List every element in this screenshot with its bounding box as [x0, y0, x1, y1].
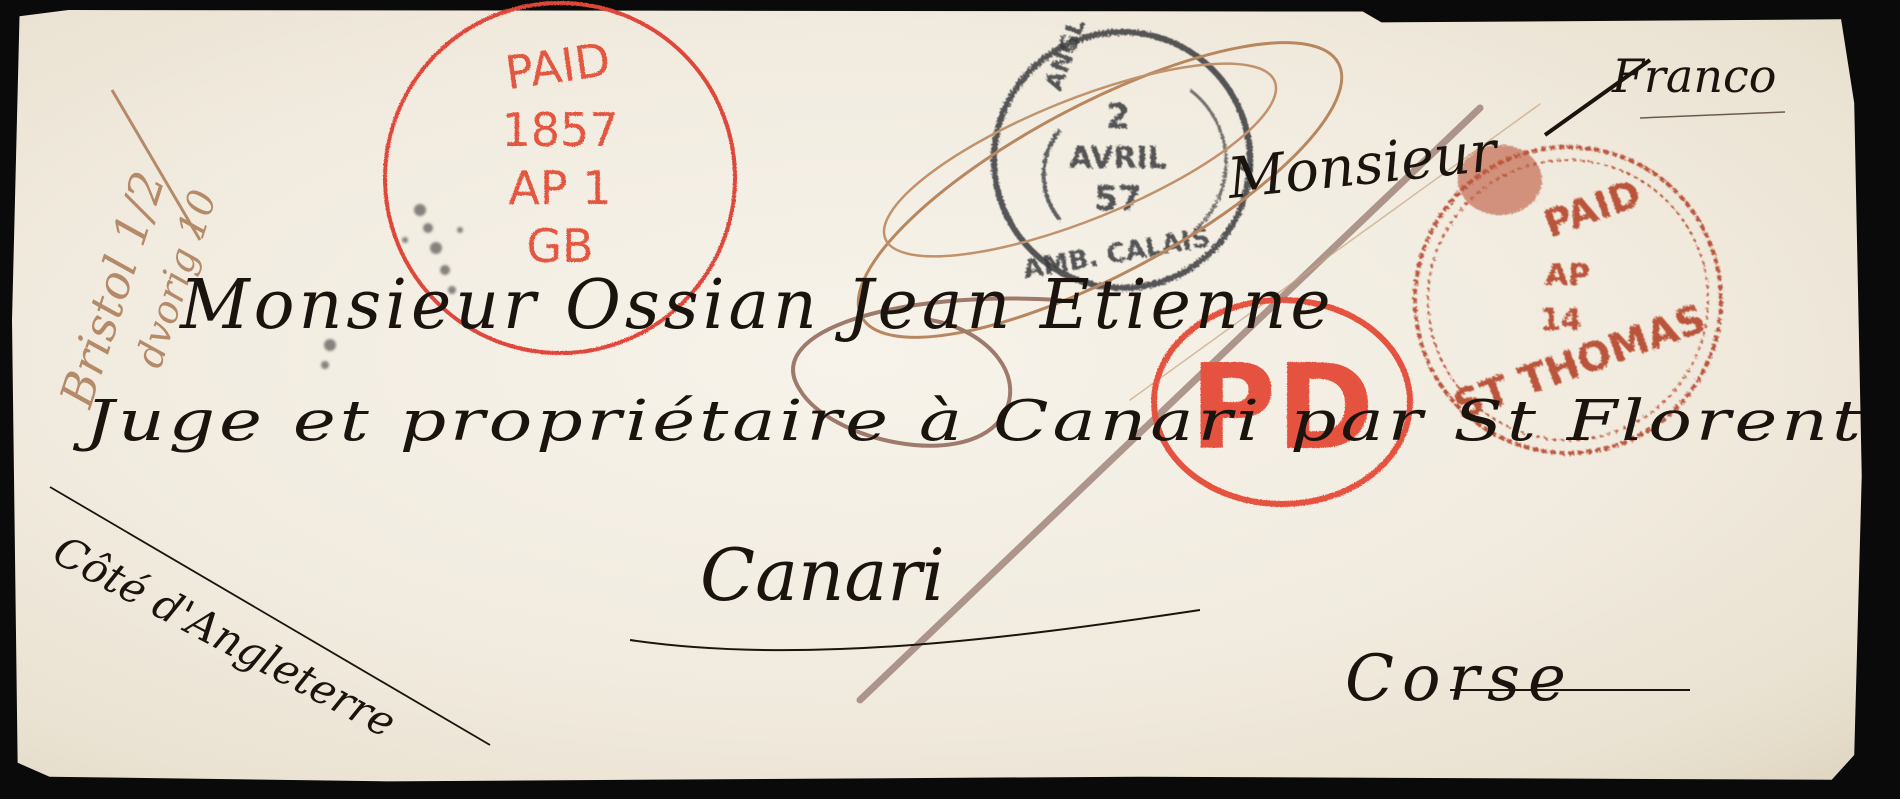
st-thomas-paid: PAID	[1538, 171, 1647, 246]
paid-country: GB	[526, 219, 593, 273]
calais-month: AVRIL	[1069, 141, 1167, 176]
calais-day: 2	[1106, 97, 1130, 137]
svg-text:Côté d'Angleterre: Côté d'Angleterre	[45, 526, 404, 748]
address-forward-line: Monsieur	[1224, 119, 1503, 212]
svg-text:Franco: Franco	[1611, 49, 1776, 103]
st-thomas-day: 14	[1540, 303, 1582, 338]
route-endorsement: Côté d'Angleterre	[45, 487, 490, 747]
cover-photo: PAID 1857 AP 1 GB ANGL 2 AVRIL 57 AMB. C…	[0, 0, 1900, 799]
address-name-line: Monsieur Ossian Jean Etienne	[178, 266, 1335, 345]
paid-text: PAID	[502, 32, 614, 100]
st-thomas-month: AP	[1545, 258, 1590, 293]
address-town-line: Canari	[700, 533, 945, 617]
paid-year: 1857	[501, 103, 618, 157]
paid-date: AP 1	[508, 161, 611, 215]
franco-marking: Franco	[1545, 49, 1785, 135]
margin-notation: Bristol 1/2 dvorig 10	[49, 90, 226, 414]
cover-markings: PAID 1857 AP 1 GB ANGL 2 AVRIL 57 AMB. C…	[0, 0, 1900, 799]
address-occupation-line: Juge et propriétaire à Canari par St Flo…	[72, 389, 1865, 454]
address-region-line: Corse	[1345, 642, 1574, 716]
angl-calais-postmark: ANGL 2 AVRIL 57 AMB. CALAIS 3	[994, 15, 1256, 288]
calais-year: 57	[1094, 179, 1141, 219]
